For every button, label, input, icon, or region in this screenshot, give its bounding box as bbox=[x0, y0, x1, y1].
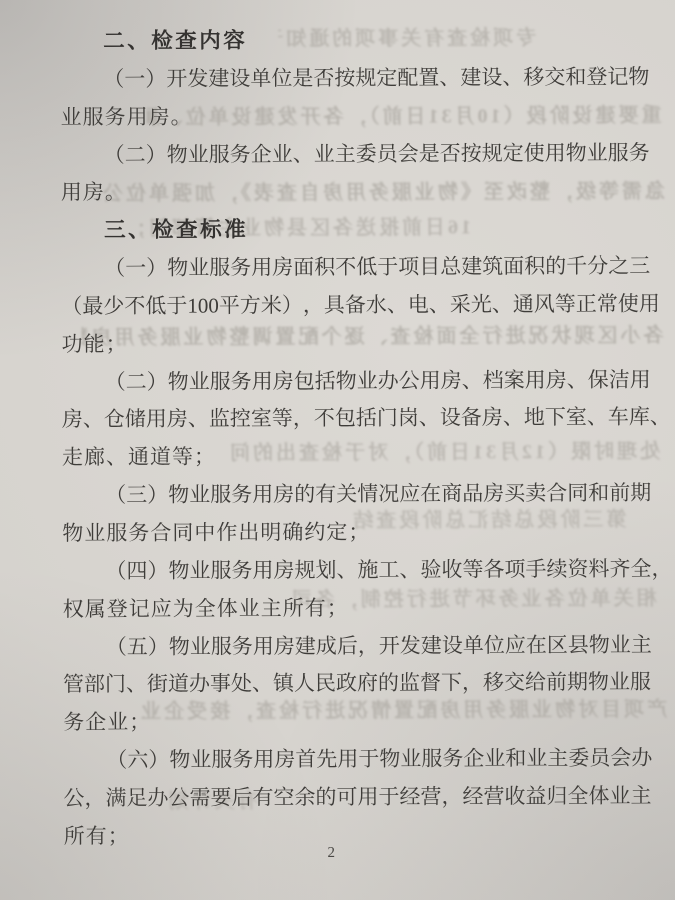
text-line: （一）开发建设单位是否按规定配置、建设、移交和登记物 bbox=[60, 58, 647, 98]
text-line: （三）物业服务用房的有关情况应在商品房买卖合同和前期 bbox=[62, 475, 649, 515]
text-line: （一）物业服务用房面积不低于项目总建筑面积的千分之三 bbox=[61, 248, 648, 288]
section-heading: 三、检查标准 bbox=[61, 210, 648, 250]
text-line: （二）物业服务用房包括物业办公用房、档案用房、保洁用 bbox=[62, 361, 649, 401]
document-body: 二、检查内容（一）开发建设单位是否按规定配置、建设、移交和登记物业服务用房。（二… bbox=[60, 21, 651, 856]
text-line: 务企业； bbox=[63, 702, 650, 742]
text-line: 权属登记应为全体业主所有； bbox=[63, 588, 650, 628]
section-heading: 二、检查内容 bbox=[60, 21, 647, 61]
text-line: 物业服务合同中作出明确约定； bbox=[62, 513, 649, 553]
text-line: （五）物业服务用房建成后，开发建设单位应在区县物业主 bbox=[63, 626, 650, 666]
text-line: 公，满足办公需要后有空余的可用于经营，经营收益归全体业主 bbox=[63, 778, 650, 818]
text-line: 房、仓储用房、监控室等，不包括门岗、设备房、地下室、车库、 bbox=[62, 399, 649, 439]
text-line: 走廊、通道等； bbox=[62, 437, 649, 477]
text-line: （六）物业服务用房首先用于物业服务企业和业主委员会办 bbox=[63, 740, 650, 780]
document-page: 专项检查有关事项的通知于重要建设阶段（10月31日前），各开发建设单位、属急需等… bbox=[0, 0, 675, 900]
text-line: （二）物业服务企业、业主委员会是否按规定使用物业服务 bbox=[61, 134, 648, 174]
text-line: 业服务用房。 bbox=[60, 96, 647, 136]
text-line: 用房。 bbox=[61, 172, 648, 212]
page-number: 2 bbox=[0, 844, 669, 864]
text-line: 管部门、街道办事处、镇人民政府的监督下，移交给前期物业服 bbox=[63, 664, 650, 704]
text-line: 功能； bbox=[61, 323, 648, 363]
text-line: （四）物业服务用房规划、施工、验收等各项手续资料齐全， bbox=[62, 550, 649, 590]
text-line: （最少不低于 100 平方米），具备水、电、采光、通风等正常使用 bbox=[61, 286, 648, 326]
